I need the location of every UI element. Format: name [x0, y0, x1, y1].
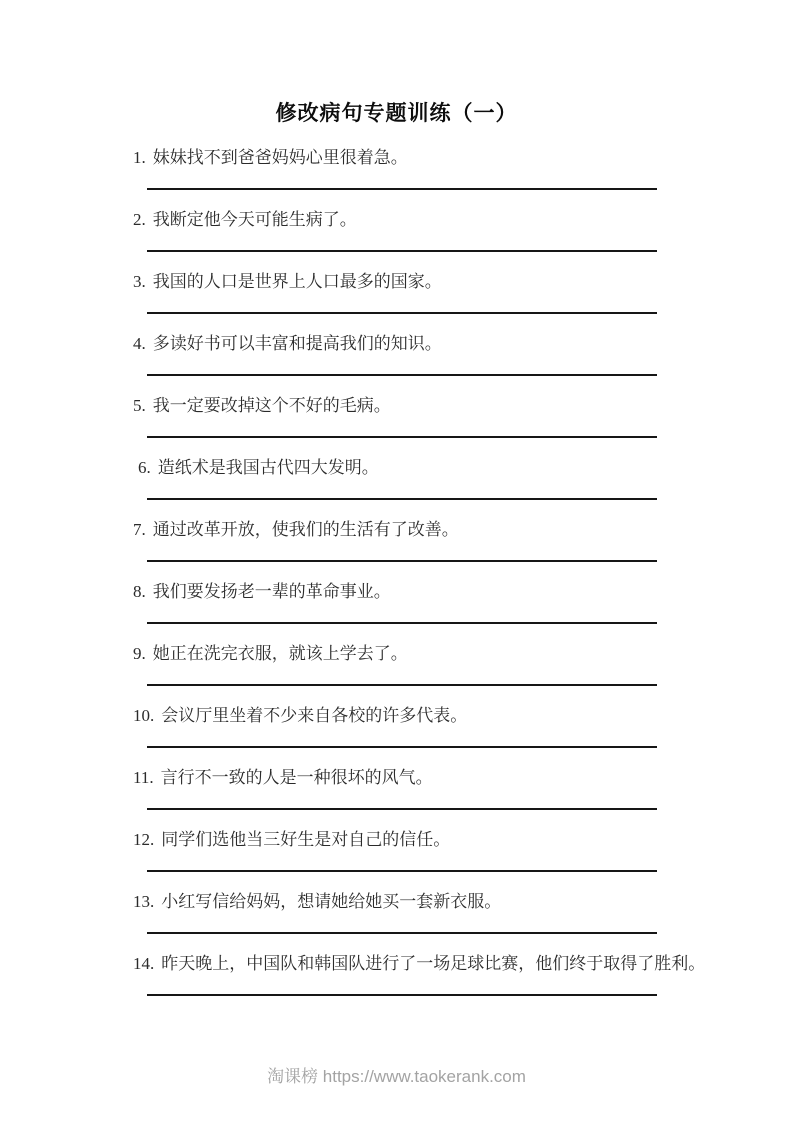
- sentence-row: 11.言行不一致的人是一种很坏的风气。: [133, 767, 703, 789]
- sentence-row: 13.小红写信给妈妈，想请她给她买一套新衣服。: [133, 891, 703, 913]
- item-sentence-text: 通过改革开放，使我们的生活有了改善。: [153, 520, 459, 539]
- exercise-item: 10.会议厅里坐着不少来自各校的许多代表。: [133, 705, 703, 748]
- exercise-item: 2.我断定他今天可能生病了。: [133, 209, 703, 252]
- sentence-row: 1.妹妹找不到爸爸妈妈心里很着急。: [133, 147, 703, 169]
- exercise-item: 6.造纸术是我国古代四大发明。: [133, 457, 703, 500]
- item-sentence-text: 言行不一致的人是一种很坏的风气。: [161, 768, 433, 787]
- answer-blank-line: [147, 684, 657, 686]
- answer-blank-line: [147, 250, 657, 252]
- sentence-row: 5.我一定要改掉这个不好的毛病。: [133, 395, 703, 417]
- exercise-item: 14.昨天晚上，中国队和韩国队进行了一场足球比赛，他们终于取得了胜利。: [133, 953, 703, 996]
- answer-blank-line: [147, 436, 657, 438]
- item-sentence-text: 我一定要改掉这个不好的毛病。: [153, 396, 391, 415]
- exercise-item: 11.言行不一致的人是一种很坏的风气。: [133, 767, 703, 810]
- exercise-item: 8.我们要发扬老一辈的革命事业。: [133, 581, 703, 624]
- item-sentence-text: 我国的人口是世界上人口最多的国家。: [153, 272, 442, 291]
- sentence-row: 2.我断定他今天可能生病了。: [133, 209, 703, 231]
- sentence-row: 14.昨天晚上，中国队和韩国队进行了一场足球比赛，他们终于取得了胜利。: [133, 953, 703, 975]
- exercise-item: 13.小红写信给妈妈，想请她给她买一套新衣服。: [133, 891, 703, 934]
- page-title: 修改病句专题训练（一）: [0, 0, 793, 126]
- sentence-row: 3.我国的人口是世界上人口最多的国家。: [133, 271, 703, 293]
- exercise-list: 1.妹妹找不到爸爸妈妈心里很着急。 2.我断定他今天可能生病了。 3.我国的人口…: [0, 147, 793, 996]
- item-sentence-text: 同学们选他当三好生是对自己的信任。: [161, 830, 450, 849]
- exercise-item: 12.同学们选他当三好生是对自己的信任。: [133, 829, 703, 872]
- answer-blank-line: [147, 808, 657, 810]
- item-number: 9.: [133, 644, 146, 663]
- sentence-row: 4.多读好书可以丰富和提高我们的知识。: [133, 333, 703, 355]
- item-number: 5.: [133, 396, 146, 415]
- answer-blank-line: [147, 932, 657, 934]
- answer-blank-line: [147, 622, 657, 624]
- item-number: 12.: [133, 830, 154, 849]
- exercise-item: 5.我一定要改掉这个不好的毛病。: [133, 395, 703, 438]
- answer-blank-line: [147, 994, 657, 996]
- item-sentence-text: 会议厅里坐着不少来自各校的许多代表。: [161, 706, 467, 725]
- item-number: 4.: [133, 334, 146, 353]
- item-number: 1.: [133, 148, 146, 167]
- answer-blank-line: [147, 746, 657, 748]
- sentence-row: 6.造纸术是我国古代四大发明。: [133, 457, 703, 479]
- item-number: 2.: [133, 210, 146, 229]
- worksheet-page: 修改病句专题训练（一） 1.妹妹找不到爸爸妈妈心里很着急。 2.我断定他今天可能…: [0, 0, 793, 1122]
- exercise-item: 4.多读好书可以丰富和提高我们的知识。: [133, 333, 703, 376]
- answer-blank-line: [147, 498, 657, 500]
- sentence-row: 7.通过改革开放，使我们的生活有了改善。: [133, 519, 703, 541]
- item-sentence-text: 多读好书可以丰富和提高我们的知识。: [153, 334, 442, 353]
- item-number: 3.: [133, 272, 146, 291]
- item-number: 6.: [138, 458, 151, 477]
- item-sentence-text: 小红写信给妈妈，想请她给她买一套新衣服。: [161, 892, 501, 911]
- sentence-row: 12.同学们选他当三好生是对自己的信任。: [133, 829, 703, 851]
- item-number: 7.: [133, 520, 146, 539]
- item-sentence-text: 造纸术是我国古代四大发明。: [158, 458, 379, 477]
- footer-watermark: 淘课榜 https://www.taokerank.com: [0, 1066, 793, 1088]
- item-sentence-text: 我断定他今天可能生病了。: [153, 210, 357, 229]
- item-number: 10.: [133, 706, 154, 725]
- answer-blank-line: [147, 188, 657, 190]
- item-sentence-text: 妹妹找不到爸爸妈妈心里很着急。: [153, 148, 408, 167]
- answer-blank-line: [147, 560, 657, 562]
- item-sentence-text: 我们要发扬老一辈的革命事业。: [153, 582, 391, 601]
- item-sentence-text: 昨天晚上，中国队和韩国队进行了一场足球比赛，他们终于取得了胜利。: [161, 954, 705, 973]
- item-number: 14.: [133, 954, 154, 973]
- item-sentence-text: 她正在洗完衣服，就该上学去了。: [153, 644, 408, 663]
- sentence-row: 9.她正在洗完衣服，就该上学去了。: [133, 643, 703, 665]
- exercise-item: 1.妹妹找不到爸爸妈妈心里很着急。: [133, 147, 703, 190]
- item-number: 13.: [133, 892, 154, 911]
- item-number: 11.: [133, 768, 154, 787]
- answer-blank-line: [147, 312, 657, 314]
- exercise-item: 3.我国的人口是世界上人口最多的国家。: [133, 271, 703, 314]
- sentence-row: 8.我们要发扬老一辈的革命事业。: [133, 581, 703, 603]
- exercise-item: 7.通过改革开放，使我们的生活有了改善。: [133, 519, 703, 562]
- item-number: 8.: [133, 582, 146, 601]
- exercise-item: 9.她正在洗完衣服，就该上学去了。: [133, 643, 703, 686]
- answer-blank-line: [147, 374, 657, 376]
- answer-blank-line: [147, 870, 657, 872]
- sentence-row: 10.会议厅里坐着不少来自各校的许多代表。: [133, 705, 703, 727]
